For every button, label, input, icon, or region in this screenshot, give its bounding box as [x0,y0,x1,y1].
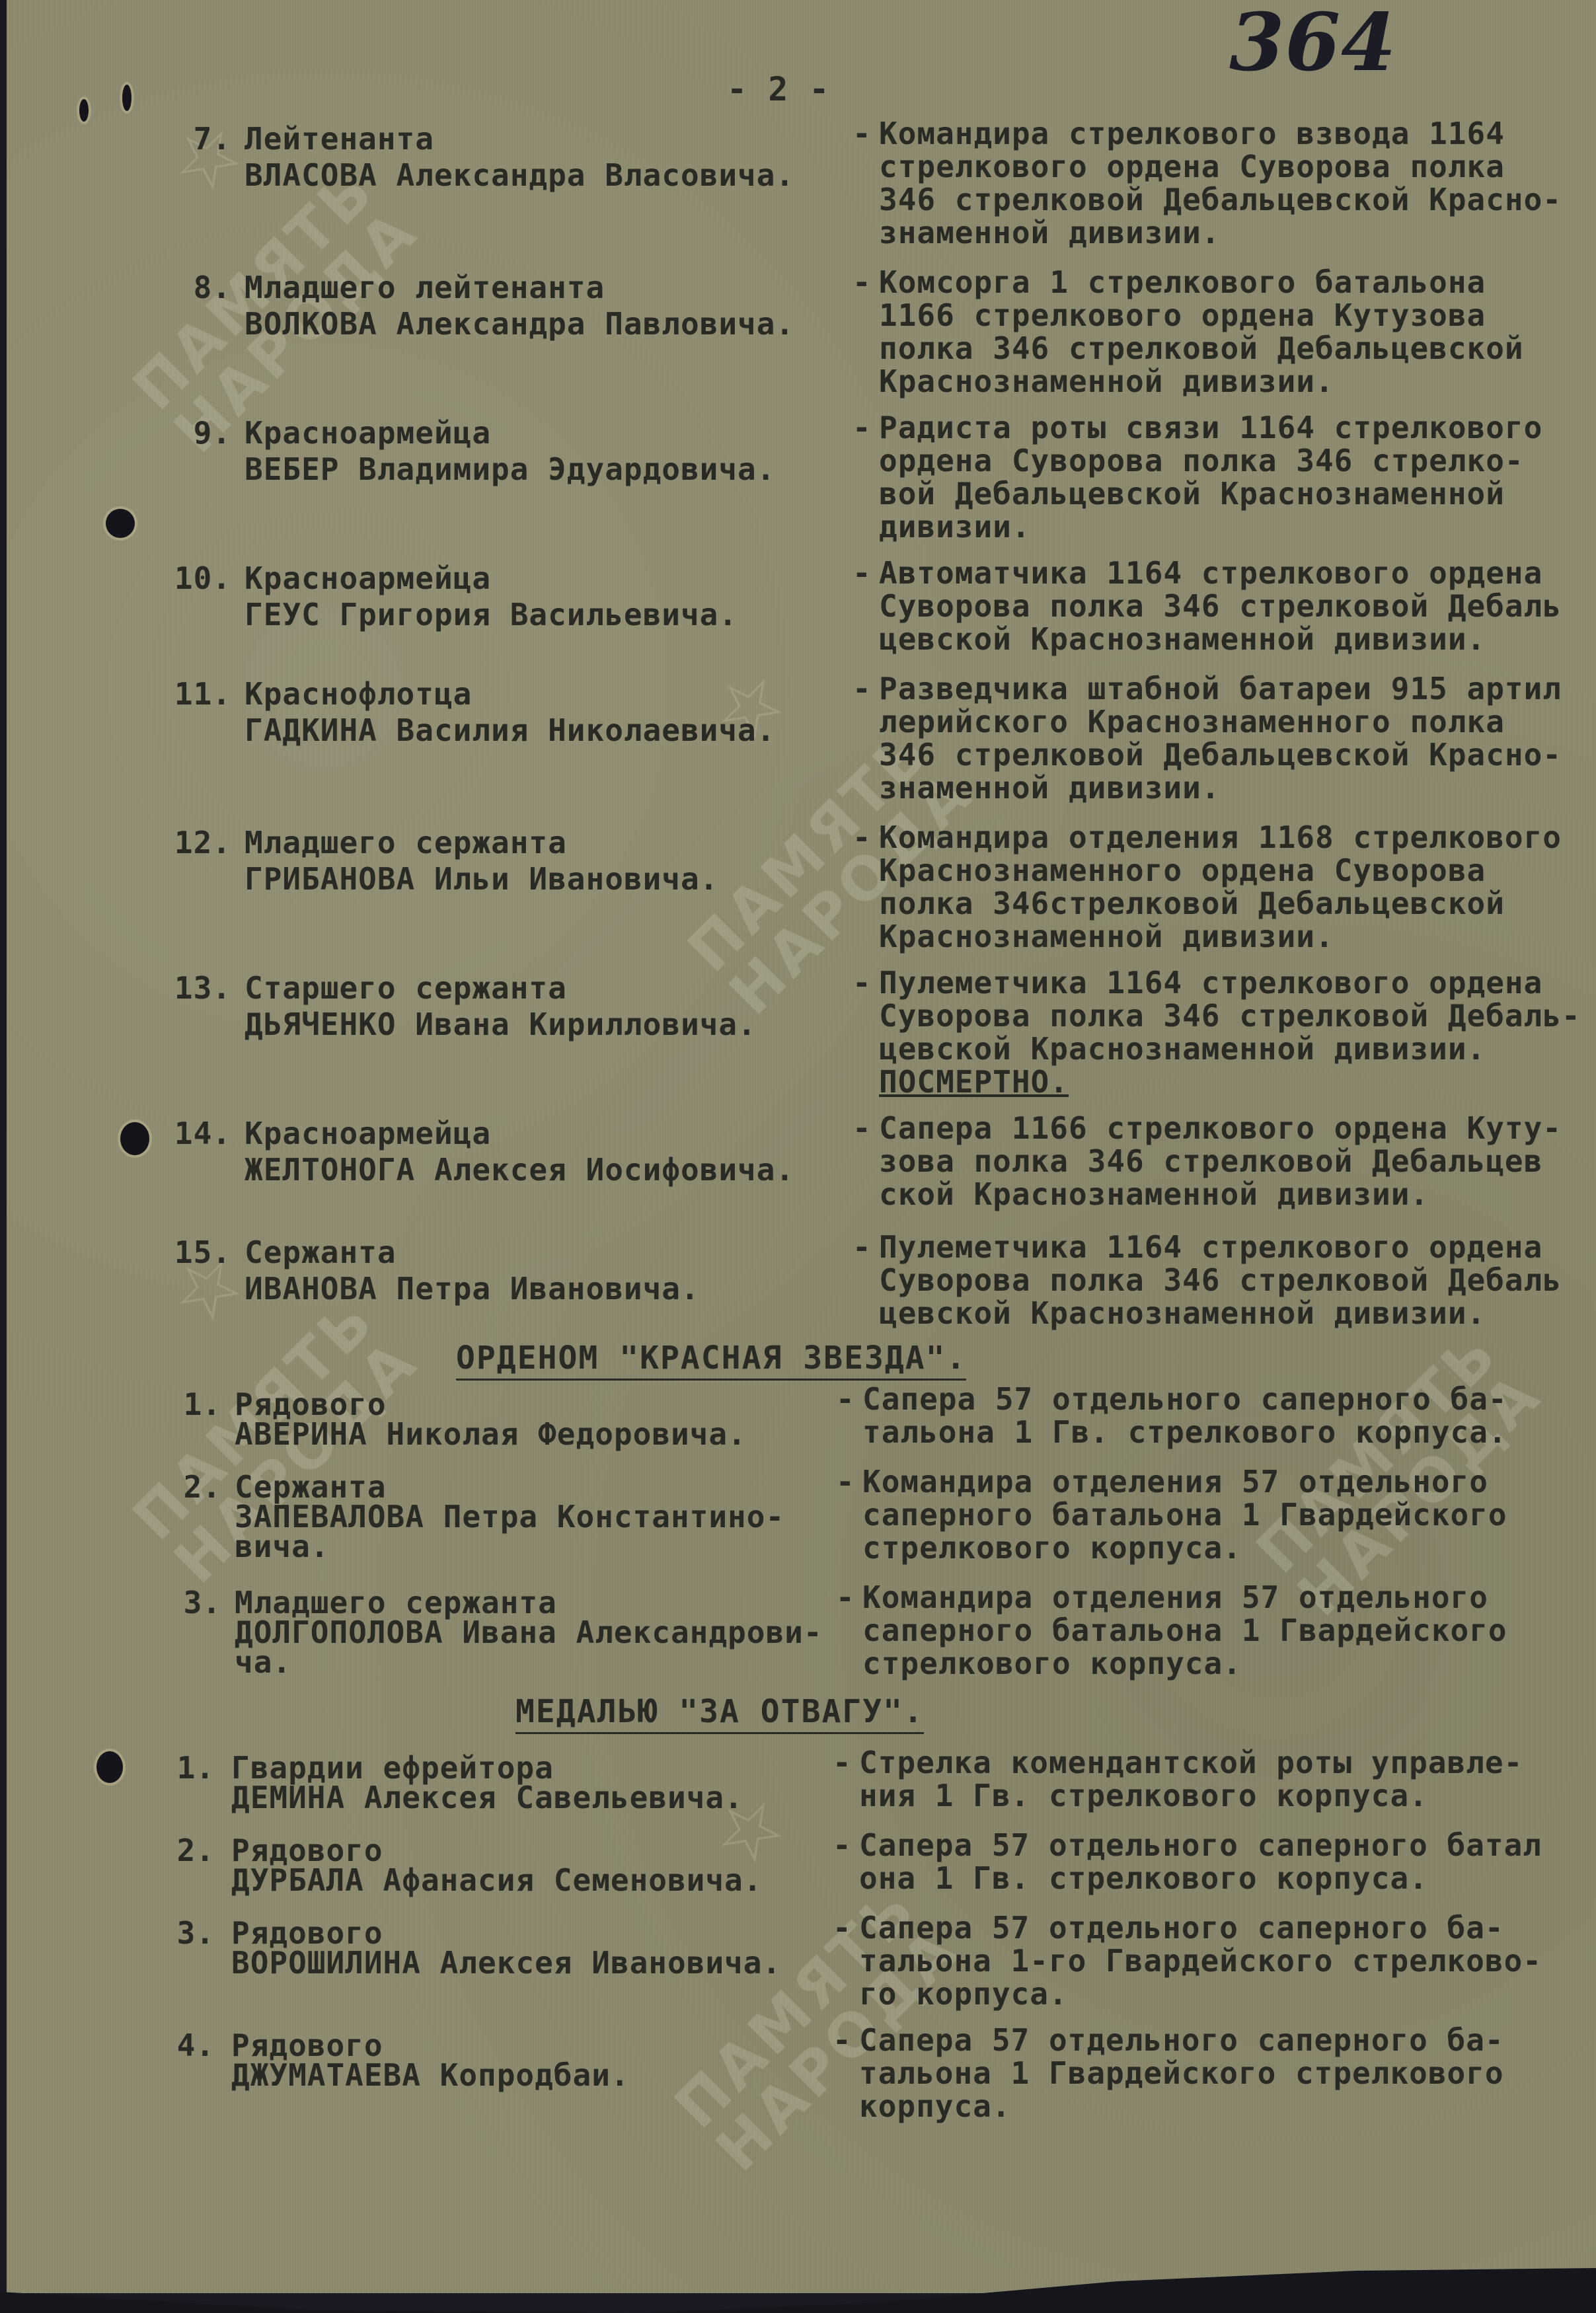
entry-number: 11. [152,677,231,710]
dash-separator: - [853,117,872,150]
dash-separator: - [836,1465,855,1498]
position-line: Краснознаменной дивизии. [879,365,1596,398]
entry-name: ДЬЯЧЕНКО Ивана Кирилловича. [245,1008,757,1041]
entry-position: -Сапера 57 отдельного саперного ба-тальо… [859,1911,1596,2010]
entry-number: 14. [152,1117,231,1150]
entry-name: ДОЛГОПОЛОВА Ивана Александрови- [235,1616,823,1649]
position-line: вой Дебальцевской Краснознаменной [879,477,1596,510]
position-line: Автоматчика 1164 стрелкового ордена [879,556,1596,589]
position-line: полка 346 стрелковой Дебальцевской [879,332,1596,365]
entry-rank: Младшего сержанта [245,826,567,859]
entry-position: -Стрелка комендантской роты управле-ния … [859,1746,1596,1812]
entry-rank: Сержанта [245,1236,397,1269]
position-line: Суворова полка 346 стрелковой Дебаль [879,589,1596,623]
position-line: цевской Краснознаменной дивизии. [879,1032,1596,1065]
dash-separator: - [853,556,872,589]
dash-separator: - [833,1911,852,1944]
position-line: 346 стрелковой Дебальцевской Красно- [879,183,1596,216]
entry-position: -Командира отделения 57 отдельногосаперн… [862,1465,1596,1564]
position-line: Сапера 1166 стрелкового ордена Куту- [879,1112,1596,1145]
position-line: Сапера 57 отдельного саперного батал [859,1829,1596,1862]
position-line: саперного батальона 1 Гвардейского [862,1498,1596,1531]
entry-number: 1. [135,1751,215,1784]
position-line: Радиста роты связи 1164 стрелкового [879,411,1596,444]
entry-name: ВЛАСОВА Александра Власовича. [245,159,794,192]
position-line: зова полка 346 стрелковой Дебальцев [879,1145,1596,1178]
position-line: Комсорга 1 стрелкового батальона [879,266,1596,299]
position-line: Пулеметчика 1164 стрелкового ордена [879,966,1596,999]
position-line: стрелкового ордена Суворова полка [879,150,1596,183]
position-line: тальона 1 Гв. стрелкового корпуса. [862,1416,1596,1449]
punch-hole [122,85,132,111]
entry-rank: Красноармейца [245,416,491,449]
entry-position: -Сапера 57 отдельного саперного ба-тальо… [859,2024,1596,2123]
position-line: тальона 1-го Гвардейского стрелково- [859,1944,1596,1977]
entry-name: ДЖУМАТАЕВА Копродбаи. [231,2059,630,2092]
entry-position: -Командира стрелкового взвода 1164стрелк… [879,117,1596,249]
position-line: ния 1 Гв. стрелкового корпуса. [859,1779,1596,1812]
position-line: Пулеметчика 1164 стрелкового ордена [879,1231,1596,1264]
entry-number: 7. [152,122,231,155]
entry-name: ИВАНОВА Петра Ивановича. [245,1272,700,1305]
position-line: лерийского Краснознаменного полка [879,705,1596,738]
entry-position: -Сапера 57 отдельного саперного баталона… [859,1829,1596,1895]
entry-number: 3. [142,1586,221,1619]
entry-name: ДУРБАЛА Афанасия Семеновича. [231,1864,762,1897]
entry-rank: Краснофлотца [245,677,472,710]
entry-rank: Красноармейца [245,562,491,595]
section-heading-red-star: ОРДЕНОМ "КРАСНАЯ ЗВЕЗДА". [456,1342,966,1381]
entry-position: -Пулеметчика 1164 стрелкового орденаСуво… [879,966,1596,1098]
entry-name: ГРИБАНОВА Ильи Ивановича. [245,862,718,895]
entry-number: 8. [152,271,231,304]
position-line: Командира отделения 1168 стрелкового [879,821,1596,854]
punch-hole [106,509,135,538]
entry-position: -Сапера 1166 стрелкового ордена Куту-зов… [879,1112,1596,1211]
entry-name-continuation: вича. [235,1530,329,1563]
position-line: знаменной дивизии. [879,216,1596,249]
entry-number: 12. [152,826,231,859]
entry-number: 2. [135,1834,215,1867]
entry-position: -Сапера 57 отдельного саперного ба-тальо… [862,1383,1596,1449]
entry-name: ВОРОШИЛИНА Алексея Ивановича. [231,1946,781,1979]
entry-position: -Комсорга 1 стрелкового батальона1166 ст… [879,266,1596,398]
dash-separator: - [853,411,872,444]
entry-number: 3. [135,1916,215,1950]
dash-separator: - [853,1112,872,1145]
position-line: 1166 стрелкового ордена Кутузова [879,299,1596,332]
entry-name: ЖЕЛТОНОГА Алексея Иосифовича. [245,1153,794,1186]
position-line: Разведчика штабной батареи 915 артил [879,672,1596,705]
posthumous-note: ПОСМЕРТНО. [879,1065,1596,1098]
dash-separator: - [833,1746,852,1779]
position-line: Суворова полка 346 стрелковой Дебаль- [879,999,1596,1032]
entry-number: 15. [152,1236,231,1269]
position-line: корпуса. [859,2090,1596,2123]
position-line: цевской Краснознаменной дивизии. [879,623,1596,656]
entry-position: -Автоматчика 1164 стрелкового орденаСуво… [879,556,1596,656]
entry-name: ВЕБЕР Владимира Эдуардовича. [245,453,775,486]
position-line: Стрелка комендантской роты управле- [859,1746,1596,1779]
position-line: Командира отделения 57 отдельного [862,1465,1596,1498]
entry-name: АВЕРИНА Николая Федоровича. [235,1418,747,1451]
entry-number: 4. [135,2029,215,2062]
position-line: тальона 1 Гвардейского стрелкового [859,2057,1596,2090]
archive-number: 364 [1229,26,1397,59]
dash-separator: - [833,1829,852,1862]
position-line: ской Краснознаменной дивизии. [879,1178,1596,1211]
position-line: полка 346стрелковой Дебальцевской [879,887,1596,920]
dash-separator: - [853,821,872,854]
entry-number: 13. [152,971,231,1005]
position-line: стрелкового корпуса. [862,1647,1596,1680]
entry-position: -Командира отделения 57 отдельногосаперн… [862,1581,1596,1680]
section-heading-for-courage: МЕДАЛЬЮ "ЗА ОТВАГУ". [515,1695,924,1734]
position-line: Командира стрелкового взвода 1164 [879,117,1596,150]
entry-rank: Красноармейца [245,1117,491,1150]
entry-number: 10. [152,562,231,595]
position-line: го корпуса. [859,1977,1596,2010]
position-line: 346 стрелковой Дебальцевской Красно- [879,738,1596,771]
dash-separator: - [836,1383,855,1416]
dash-separator: - [836,1581,855,1614]
dash-separator: - [853,672,872,705]
position-line: Краснознаменного ордена Суворова [879,854,1596,887]
entry-name: ДЕМИНА Алексея Савельевича. [231,1781,743,1814]
position-line: дивизии. [879,510,1596,543]
page-number: - 2 - [727,73,830,106]
dash-separator: - [833,2024,852,2057]
entry-name: ГЕУС Григория Васильевича. [245,598,738,631]
entry-position: -Командира отделения 1168 стрелковогоКра… [879,821,1596,953]
punch-hole [96,1751,123,1783]
position-line: Краснознаменной дивизии. [879,920,1596,953]
dash-separator: - [853,266,872,299]
punch-hole [79,99,89,122]
entry-rank: Лейтенанта [245,122,434,155]
entry-position: -Радиста роты связи 1164 стрелковогоорде… [879,411,1596,543]
position-line: Суворова полка 346 стрелковой Дебаль [879,1264,1596,1297]
entry-number: 2. [142,1470,221,1503]
position-line: она 1 Гв. стрелкового корпуса. [859,1862,1596,1895]
entry-name-continuation: ча. [235,1646,291,1679]
entry-rank: Младшего лейтенанта [245,271,605,304]
position-line: Сапера 57 отдельного саперного ба- [862,1383,1596,1416]
position-line: цевской Краснознаменной дивизии. [879,1297,1596,1330]
dash-separator: - [853,1231,872,1264]
entry-position: -Пулеметчика 1164 стрелкового орденаСуво… [879,1231,1596,1330]
entry-name: ВОЛКОВА Александра Павловича. [245,307,794,340]
position-line: знаменной дивизии. [879,771,1596,804]
entry-number: 9. [152,416,231,449]
punch-hole [120,1122,149,1155]
position-line: стрелкового корпуса. [862,1531,1596,1564]
dash-separator: - [853,966,872,999]
entry-number: 1. [142,1388,221,1421]
entry-position: -Разведчика штабной батареи 915 артиллер… [879,672,1596,804]
position-line: ордена Суворова полка 346 стрелко- [879,444,1596,477]
entry-name: ГАДКИНА Василия Николаевича. [245,714,775,747]
position-line: Сапера 57 отдельного саперного ба- [859,2024,1596,2057]
position-line: Сапера 57 отдельного саперного ба- [859,1911,1596,1944]
position-line: саперного батальона 1 Гвардейского [862,1614,1596,1647]
position-line: Командира отделения 57 отдельного [862,1581,1596,1614]
entry-rank: Старшего сержанта [245,971,567,1005]
